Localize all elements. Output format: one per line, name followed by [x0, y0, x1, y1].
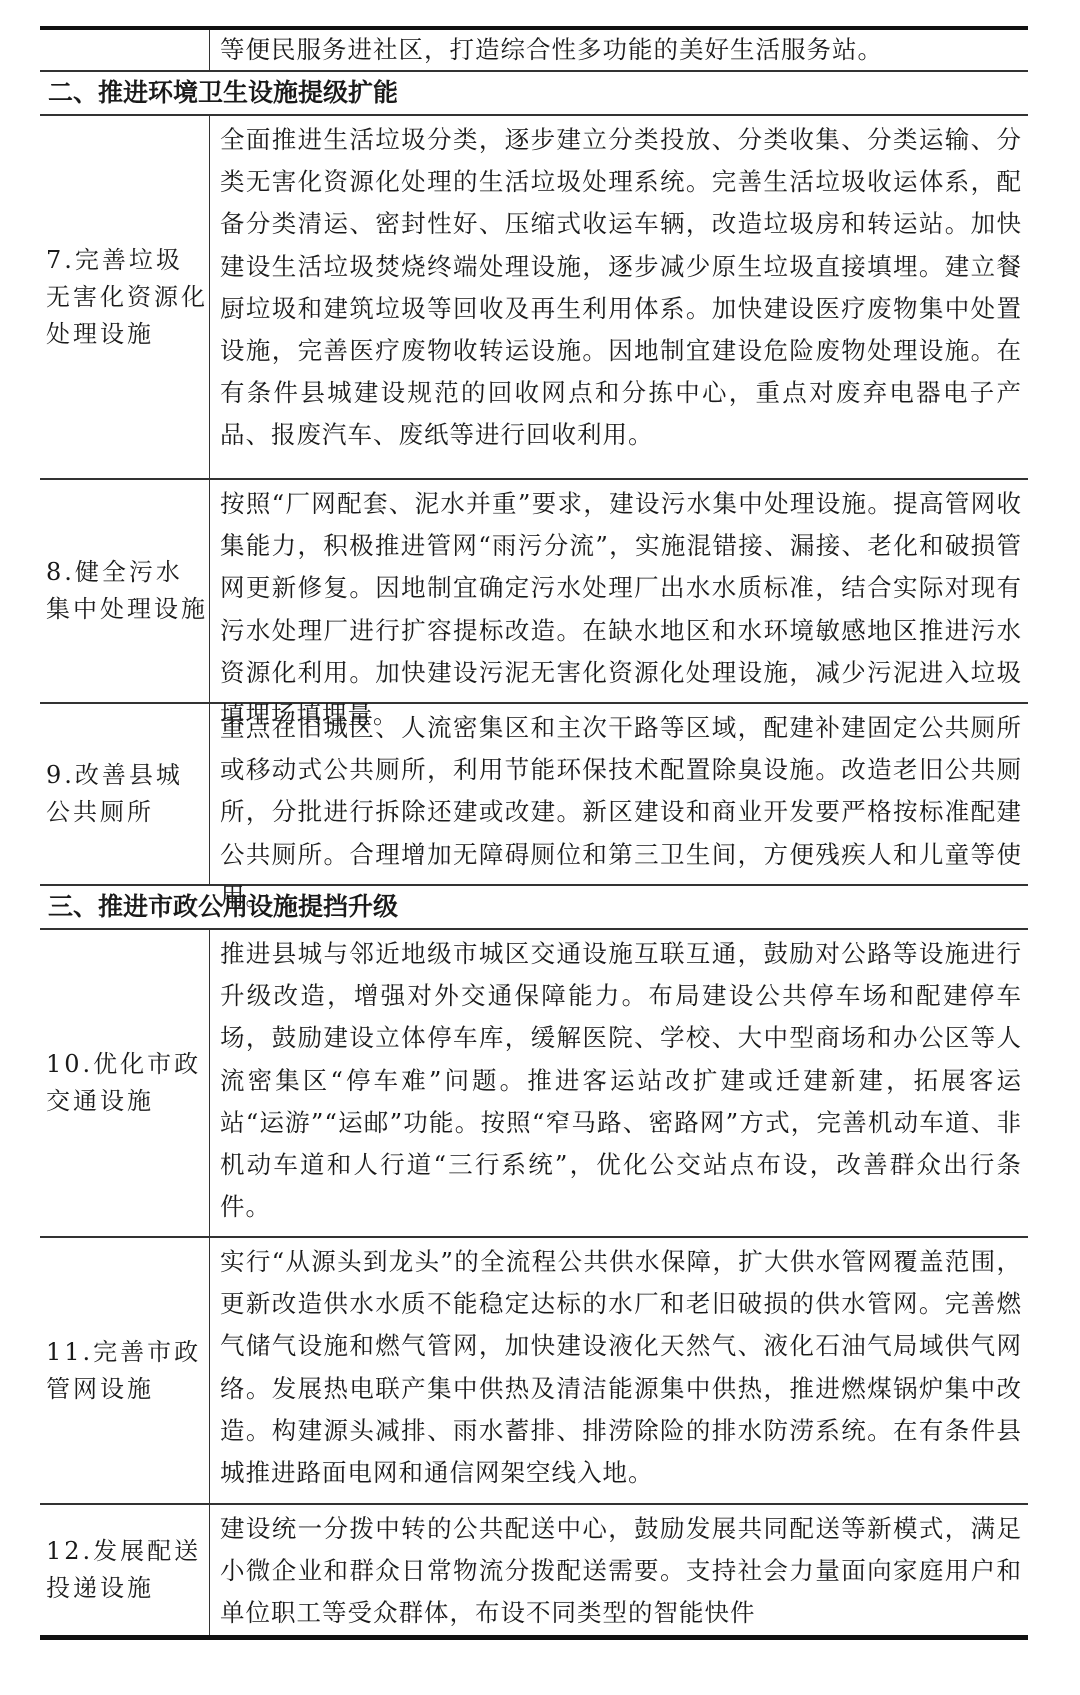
document-page: 等便民服务进社区，打造综合性多功能的美好生活服务站。 二、推进环境卫生设施提级扩… — [40, 26, 1028, 1640]
table-row-item-12: 12.发展配送投递设施 建设统一分拨中转的公共配送中心，鼓励发展共同配送等新模式… — [40, 1505, 1028, 1635]
table-row-item-7: 7.完善垃圾无害化资源化处理设施 全面推进生活垃圾分类，逐步建立分类投放、分类收… — [40, 116, 1028, 480]
item-text: 推进县城与邻近地级市城区交通设施互联互通，鼓励对公路等设施进行升级改造，增强对外… — [210, 930, 1028, 1236]
item-label: 11.完善市政管网设施 — [40, 1238, 210, 1503]
item-label: 10.优化市政交通设施 — [40, 930, 210, 1236]
section-heading-municipal: 三、推进市政公用设施提挡升级 — [40, 886, 1028, 930]
item-label — [40, 30, 210, 70]
item-text: 建设统一分拨中转的公共配送中心，鼓励发展共同配送等新模式，满足小微企业和群众日常… — [210, 1505, 1028, 1635]
section-heading-environment: 二、推进环境卫生设施提级扩能 — [40, 72, 1028, 116]
item-label: 9.改善县城公共厕所 — [40, 704, 210, 884]
table-row-continuation: 等便民服务进社区，打造综合性多功能的美好生活服务站。 — [40, 30, 1028, 72]
table-row-item-11: 11.完善市政管网设施 实行“从源头到龙头”的全流程公共供水保障，扩大供水管网覆… — [40, 1238, 1028, 1505]
item-text: 等便民服务进社区，打造综合性多功能的美好生活服务站。 — [210, 30, 1028, 70]
table-row-item-9: 9.改善县城公共厕所 重点在旧城区、人流密集区和主次干路等区域，配建补建固定公共… — [40, 704, 1028, 886]
item-label: 7.完善垃圾无害化资源化处理设施 — [40, 116, 210, 478]
item-text: 按照“厂网配套、泥水并重”要求，建设污水集中处理设施。提高管网收集能力，积极推进… — [210, 480, 1028, 702]
item-label: 8.健全污水集中处理设施 — [40, 480, 210, 702]
item-text: 实行“从源头到龙头”的全流程公共供水保障，扩大供水管网覆盖范围，更新改造供水水质… — [210, 1238, 1028, 1503]
table-row-item-8: 8.健全污水集中处理设施 按照“厂网配套、泥水并重”要求，建设污水集中处理设施。… — [40, 480, 1028, 704]
policy-table: 等便民服务进社区，打造综合性多功能的美好生活服务站。 二、推进环境卫生设施提级扩… — [40, 26, 1028, 1640]
item-text: 重点在旧城区、人流密集区和主次干路等区域，配建补建固定公共厕所或移动式公共厕所，… — [210, 704, 1028, 884]
item-text: 全面推进生活垃圾分类，逐步建立分类投放、分类收集、分类运输、分类无害化资源化处理… — [210, 116, 1028, 478]
item-label: 12.发展配送投递设施 — [40, 1505, 210, 1635]
table-row-item-10: 10.优化市政交通设施 推进县城与邻近地级市城区交通设施互联互通，鼓励对公路等设… — [40, 930, 1028, 1238]
